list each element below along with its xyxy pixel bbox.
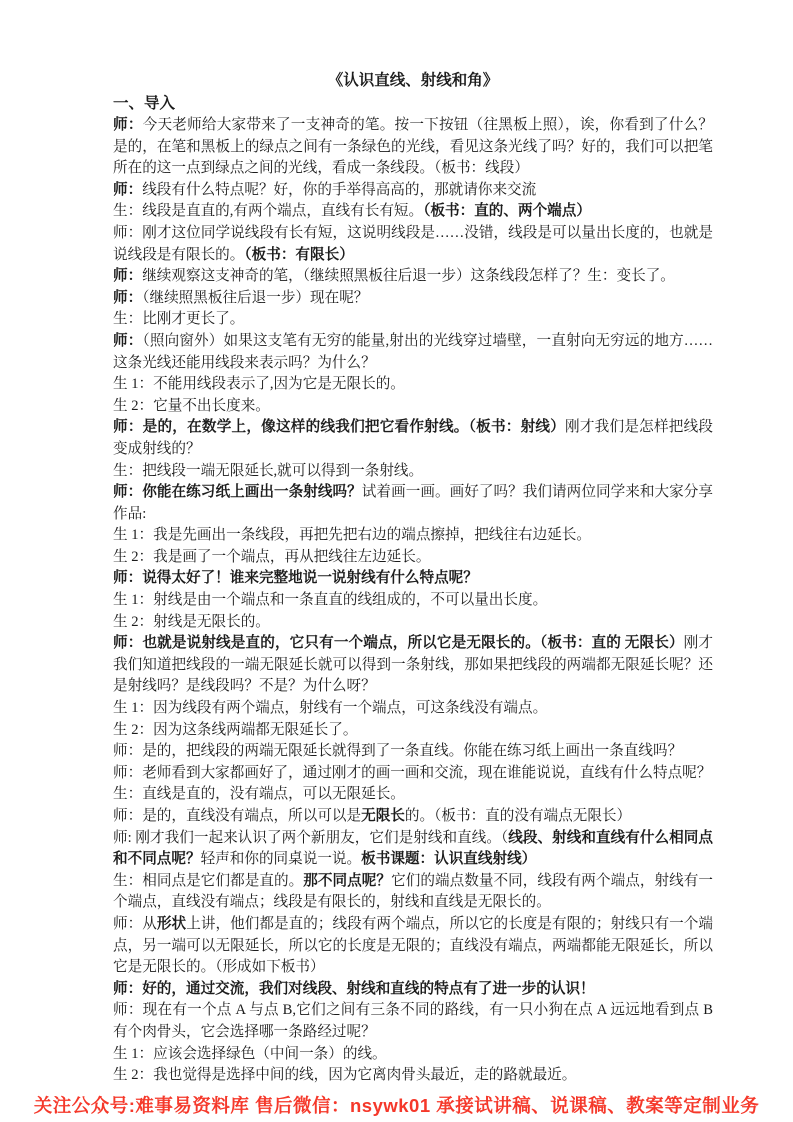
paragraph: 生：把线段一端无限延长,就可以得到一条射线。 bbox=[113, 461, 713, 483]
text-run: 师： bbox=[113, 333, 142, 349]
paragraph: 生 1：应该会选择绿色（中间一条）的线。 bbox=[113, 1044, 713, 1066]
text-run: 师：从 bbox=[113, 916, 157, 932]
text-run: 生 2：我也觉得是选择中间的线，因为它离肉骨头最近，走的路就最近。 bbox=[113, 1067, 576, 1083]
paragraph: 师：是的，直线没有端点，所以可以是无限长的。（板书：直的没有端点无限长） bbox=[113, 806, 713, 828]
text-run: 师： bbox=[113, 182, 142, 198]
paragraph: 生 2：我是画了一个端点，再从把线往左边延长。 bbox=[113, 547, 713, 569]
document-body: 师：今天老师给大家带来了一支神奇的笔。按一下按钮（往黑板上照），诶，你看到了什么… bbox=[113, 115, 713, 1087]
paragraph: 师：好的，通过交流，我们对线段、射线和直线的特点有了进一步的认识！ bbox=[113, 979, 713, 1001]
paragraph: 师：你能在练习纸上画出一条射线吗？试着画一画。画好了吗？我们请两位同学来和大家分… bbox=[113, 482, 713, 525]
text-run: 无限长 bbox=[361, 808, 405, 824]
text-run: 师：是的，直线没有端点，所以可以是 bbox=[113, 808, 361, 824]
paragraph: 师：也就是说射线是直的，它只有一个端点，所以它是无限长的。（板书：直的 无限长）… bbox=[113, 633, 713, 698]
paragraph: 生 1：我是先画出一条线段，再把先把右边的端点擦掉，把线往右边延长。 bbox=[113, 525, 713, 547]
paragraph: 师：线段有什么特点呢？好，你的手举得高高的，那就请你来交流 bbox=[113, 180, 713, 202]
text-run: 生 2：它量不出长度来。 bbox=[113, 398, 270, 414]
paragraph: 生：比刚才更长了。 bbox=[113, 309, 713, 331]
text-run: 生 2：因为这条线两端都无限延长了。 bbox=[113, 722, 357, 738]
paragraph: 生 1：因为线段有两个端点，射线有一个端点，可这条线没有端点。 bbox=[113, 698, 713, 720]
text-run: 生：相同点是它们都是直的。 bbox=[113, 873, 303, 889]
text-run: 生 1：我是先画出一条线段，再把先把右边的端点擦掉，把线往右边延长。 bbox=[113, 527, 591, 543]
text-run: 生：直线是直的，没有端点，可以无限延长。 bbox=[113, 786, 405, 802]
paragraph: 师：老师看到大家都画好了，通过刚才的画一画和交流，现在谁能说说，直线有什么特点呢… bbox=[113, 763, 713, 785]
text-run: 师：你能在练习纸上画出一条射线吗？ bbox=[113, 484, 362, 500]
text-run: （继续照黑板往后退一步）现在呢？ bbox=[142, 290, 368, 306]
text-run: （板书：直的、两个端点） bbox=[423, 203, 591, 219]
paragraph: 师：刚才这位同学说线段有长有短，这说明线段是……没错，线段是可以量出长度的，也就… bbox=[113, 223, 713, 266]
paragraph: 师: 刚才我们一起来认识了两个新朋友，它们是射线和直线。（线段、射线和直线有什么… bbox=[113, 828, 713, 871]
paragraph: 生：线段是直直的,有两个端点，直线有长有短。（板书：直的、两个端点） bbox=[113, 201, 713, 223]
text-run: 师： bbox=[113, 290, 142, 306]
document-title: 《认识直线、射线和角》 bbox=[113, 70, 713, 92]
paragraph: 生 1：不能用线段表示了,因为它是无限长的。 bbox=[113, 374, 713, 396]
text-run: 生：线段是直直的,有两个端点，直线有长有短。 bbox=[113, 203, 423, 219]
paragraph: 生 2：我也觉得是选择中间的线，因为它离肉骨头最近，走的路就最近。 bbox=[113, 1065, 713, 1087]
text-run: 上讲，他们都是直的；线段有两个端点，所以它的长度是有限的；射线只有一个端点，另一… bbox=[113, 916, 713, 975]
paragraph: 师：说得太好了！谁来完整地说一说射线有什么特点呢？ bbox=[113, 568, 713, 590]
text-run: （照向窗外）如果这支笔有无穷的能量,射出的光线穿过墙壁，一直射向无穷远的地方……… bbox=[113, 333, 713, 371]
text-run: 师: 刚才我们一起来认识了两个新朋友，它们是射线和直线。（ bbox=[113, 830, 508, 846]
text-run: 那不同点呢？ bbox=[303, 873, 391, 889]
paragraph: 师：（继续照黑板往后退一步）现在呢？ bbox=[113, 288, 713, 310]
text-run: 生：把线段一端无限延长,就可以得到一条射线。 bbox=[113, 463, 423, 479]
text-run: 继续观察这支神奇的笔，（继续照黑板往后退一步）这条线段怎样了？生：变长了。 bbox=[142, 268, 675, 284]
paragraph: 师：是的，在数学上，像这样的线我们把它看作射线。（板书：射线）刚才我们是怎样把线… bbox=[113, 417, 713, 460]
text-run: 师：是的，把线段的两端无限延长就得到了一条直线。你能在练习纸上画出一条直线吗？ bbox=[113, 743, 682, 759]
paragraph: 生：直线是直的，没有端点，可以无限延长。 bbox=[113, 784, 713, 806]
paragraph: 生 2：它量不出长度来。 bbox=[113, 396, 713, 418]
text-run: 生 1：不能用线段表示了,因为它是无限长的。 bbox=[113, 376, 405, 392]
text-run: 生：比刚才更长了。 bbox=[113, 311, 244, 327]
text-run: 形状 bbox=[157, 916, 186, 932]
text-run: 生 1：射线是由一个端点和一条直直的线组成的，不可以量出长度。 bbox=[113, 592, 547, 608]
text-run: 师：现在有一个点 A 与点 B,它们之间有三条不同的路线，有一只小狗在点 A 远… bbox=[113, 1002, 713, 1040]
text-run: 线段有什么特点呢？好，你的手举得高高的，那就请你来交流 bbox=[142, 182, 536, 198]
text-run: 师：刚才这位同学说线段有长有短，这说明线段是……没错，线段是可以量出长度的，也就… bbox=[113, 225, 713, 263]
text-run: 师： bbox=[113, 268, 142, 284]
paragraph: 生 2：射线是无限长的。 bbox=[113, 612, 713, 634]
text-run: 师：说得太好了！谁来完整地说一说射线有什么特点呢？ bbox=[113, 570, 478, 586]
text-run: 生 2：我是画了一个端点，再从把线往左边延长。 bbox=[113, 549, 430, 565]
paragraph: 师：从形状上讲，他们都是直的；线段有两个端点，所以它的长度是有限的；射线只有一个… bbox=[113, 914, 713, 979]
text-run: 板书课题：认识直线射线） bbox=[361, 851, 536, 867]
text-run: 轻声和你的同桌说一说。 bbox=[201, 851, 362, 867]
paragraph: 师：（照向窗外）如果这支笔有无穷的能量,射出的光线穿过墙壁，一直射向无穷远的地方… bbox=[113, 331, 713, 374]
text-run: 师：老师看到大家都画好了，通过刚才的画一画和交流，现在谁能说说，直线有什么特点呢… bbox=[113, 765, 711, 781]
promo-footer: 关注公众号:难事易资料库 售后微信：nsywk01 承接试讲稿、说课稿、教案等定… bbox=[0, 1092, 793, 1118]
paragraph: 生 1：射线是由一个端点和一条直直的线组成的，不可以量出长度。 bbox=[113, 590, 713, 612]
paragraph: 师：是的，把线段的两端无限延长就得到了一条直线。你能在练习纸上画出一条直线吗？ bbox=[113, 741, 713, 763]
text-run: 今天老师给大家带来了一支神奇的笔。按一下按钮（往黑板上照），诶，你看到了什么？是… bbox=[113, 117, 713, 176]
text-run: 的。（板书：直的没有端点无限长） bbox=[405, 808, 631, 824]
paragraph: 师：继续观察这支神奇的笔，（继续照黑板往后退一步）这条线段怎样了？生：变长了。 bbox=[113, 266, 713, 288]
paragraph: 生：相同点是它们都是直的。那不同点呢？它们的端点数量不同，线段有两个端点，射线有… bbox=[113, 871, 713, 914]
paragraph: 生 2：因为这条线两端都无限延长了。 bbox=[113, 720, 713, 742]
section-heading: 一、导入 bbox=[113, 93, 713, 115]
text-run: （板书：有限长） bbox=[244, 247, 353, 263]
document-content: 《认识直线、射线和角》 一、导入 师：今天老师给大家带来了一支神奇的笔。按一下按… bbox=[113, 70, 713, 1087]
text-run: 师： bbox=[113, 117, 143, 133]
text-run: 师：好的，通过交流，我们对线段、射线和直线的特点有了进一步的认识！ bbox=[113, 981, 595, 997]
paragraph: 师：现在有一个点 A 与点 B,它们之间有三条不同的路线，有一只小狗在点 A 远… bbox=[113, 1000, 713, 1043]
text-run: 师：也就是说射线是直的，它只有一个端点，所以它是无限长的。（板书：直的 无限长） bbox=[113, 635, 684, 651]
text-run: 生 2：射线是无限长的。 bbox=[113, 614, 270, 630]
text-run: 师：是的，在数学上，像这样的线我们把它看作射线。（板书：射线） bbox=[113, 419, 565, 435]
document-page: 《认识直线、射线和角》 一、导入 师：今天老师给大家带来了一支神奇的笔。按一下按… bbox=[0, 0, 793, 1122]
text-run: 生 1：应该会选择绿色（中间一条）的线。 bbox=[113, 1046, 387, 1062]
paragraph: 师：今天老师给大家带来了一支神奇的笔。按一下按钮（往黑板上照），诶，你看到了什么… bbox=[113, 115, 713, 180]
text-run: 生 1：因为线段有两个端点，射线有一个端点，可这条线没有端点。 bbox=[113, 700, 547, 716]
